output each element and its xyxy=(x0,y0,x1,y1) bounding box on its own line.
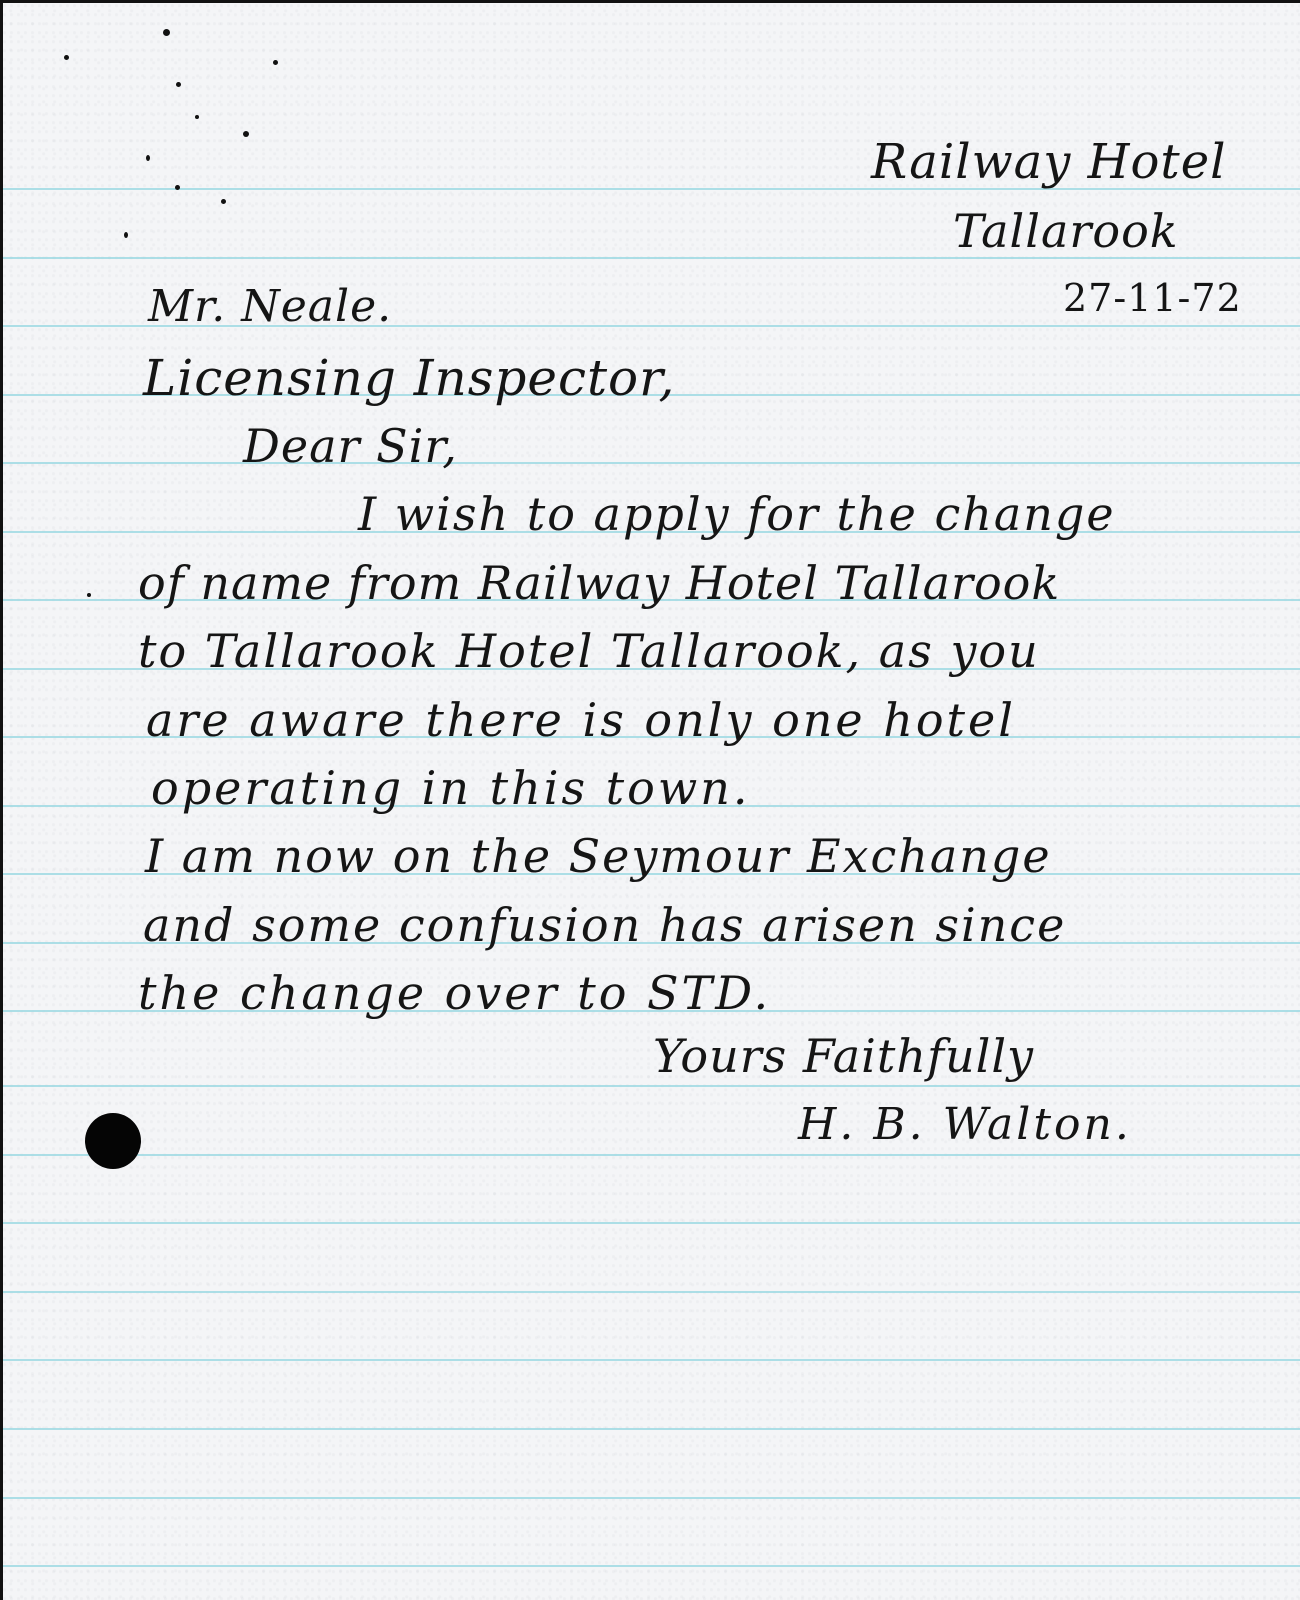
scan-speck xyxy=(163,29,170,36)
salutation: Dear Sir, xyxy=(243,423,458,469)
scan-speck xyxy=(273,60,278,65)
ruled-line xyxy=(3,1291,1300,1293)
body-line: of name from Railway Hotel Tallarook xyxy=(138,560,1060,606)
scan-speck xyxy=(221,199,226,204)
body-line: are aware there is only one hotel xyxy=(146,697,1016,743)
closing: Yours Faithfully xyxy=(653,1033,1034,1079)
body-line: to Tallarook Hotel Tallarook, as you xyxy=(138,628,1040,674)
body-line: I am now on the Seymour Exchange xyxy=(145,833,1052,879)
letter-page: Railway Hotel Tallarook 27-11-72 Mr. Nea… xyxy=(0,0,1300,1600)
ruled-line xyxy=(3,1085,1300,1087)
scan-speck xyxy=(64,55,69,60)
body-line: and some confusion has arisen since xyxy=(143,902,1066,948)
ruled-line xyxy=(3,1154,1300,1156)
ruled-line xyxy=(3,1565,1300,1567)
recipient-name: Mr. Neale. xyxy=(148,285,392,329)
ruled-line xyxy=(3,1428,1300,1430)
sender-address-line2: Tallarook xyxy=(953,208,1179,254)
body-line: the change over to STD. xyxy=(138,970,771,1016)
scan-speck xyxy=(146,155,150,161)
signature: H. B. Walton. xyxy=(798,1103,1132,1147)
letter-date: 27-11-72 xyxy=(1063,279,1242,317)
ruled-line xyxy=(3,1497,1300,1499)
recipient-title: Licensing Inspector, xyxy=(143,353,675,403)
punch-hole xyxy=(85,1113,141,1169)
body-line: I wish to apply for the change xyxy=(358,491,1116,537)
ruled-line xyxy=(3,1359,1300,1361)
scan-speck xyxy=(175,185,180,190)
scan-speck xyxy=(87,593,91,597)
ruled-line xyxy=(3,1222,1300,1224)
scan-speck xyxy=(176,82,181,87)
sender-address-line1: Railway Hotel xyxy=(871,138,1226,186)
scan-speck xyxy=(124,232,128,238)
ruled-line xyxy=(3,462,1300,464)
scan-speck xyxy=(195,115,199,119)
scan-speck xyxy=(243,131,249,137)
body-line: operating in this town. xyxy=(151,765,750,811)
